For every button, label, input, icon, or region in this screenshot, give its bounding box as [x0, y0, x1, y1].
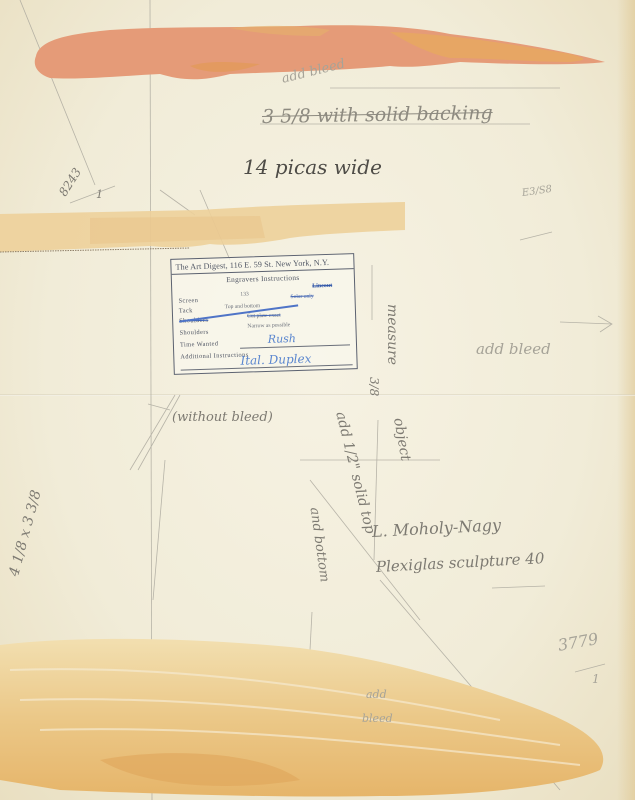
- annotation-three-eighths: 3/8: [367, 377, 381, 396]
- stamp-field-label: Shoulders: [179, 329, 208, 337]
- stamp-field-value: Top and bottom: [225, 303, 261, 310]
- paper-sheet: add bleed 3 5/8 with solid backing 14 pi…: [0, 0, 635, 800]
- engravers-instructions-stamp: The Art Digest, 116 E. 59 St. New York, …: [170, 253, 358, 375]
- stamp-field-value: 133: [240, 291, 249, 297]
- annotation-bottom-bleed: bleed: [362, 712, 393, 725]
- annotation-measure: measure: [384, 304, 400, 365]
- tape-strip: [0, 198, 410, 254]
- stamp-field-value: Cut plate exact: [247, 312, 281, 319]
- bottom-paint-smear: [0, 630, 635, 800]
- stamp-field-label: Tack: [179, 307, 193, 314]
- stamp-solar-only: Solar only: [290, 293, 313, 300]
- annotation-dimensions: 4 1/8 x 3 3/8: [6, 488, 44, 578]
- annotation-without-bleed: (without bleed): [172, 410, 273, 425]
- annotation-work-title: Plexiglas sculpture 40: [376, 549, 545, 576]
- stamp-field-value: Narrow as possible: [247, 322, 290, 329]
- stamp-field-label: Screen: [178, 297, 198, 305]
- stamp-field-label: Additional Instructions: [180, 352, 248, 361]
- annotation-add-bleed-right: add bleed: [476, 340, 551, 358]
- annotation-object: object: [390, 417, 413, 463]
- annotation-left-id-denominator: 1: [96, 188, 103, 201]
- annotation-picas-wide: 14 picas wide: [243, 155, 382, 179]
- fold-crease: [0, 394, 635, 396]
- annotation-left-id: 8243: [56, 165, 84, 198]
- stamp-field-value: Rush: [268, 332, 297, 346]
- annotation-struck-backing: 3 5/8 with solid backing: [262, 102, 493, 128]
- stamp-field-value: Ital. Duplex: [240, 352, 311, 368]
- stamp-field-label: Time Wanted: [180, 340, 219, 348]
- annotation-bottom-add: add: [366, 688, 387, 701]
- annotation-and-bottom: and bottom: [307, 506, 332, 583]
- annotation-right-small: E3/S8: [521, 184, 552, 199]
- annotation-catalog-denominator: 1: [592, 672, 600, 686]
- annotation-artist: L. Moholy-Nagy: [372, 515, 502, 541]
- annotation-add-half-inch-solid-top: add 1/2" solid top: [332, 410, 378, 535]
- stamp-lineout: Lineout: [312, 283, 332, 290]
